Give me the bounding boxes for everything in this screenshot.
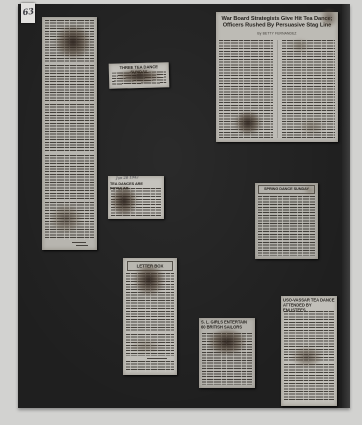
newsprint-text — [258, 196, 315, 256]
newsprint-text — [284, 364, 334, 402]
ink-stain — [303, 184, 317, 196]
scanned-scrapbook-page: 63 THREE TEA DANCE SUNDAY War Board Stra… — [0, 0, 362, 425]
signature-line — [147, 358, 167, 359]
headline-line-1: War Board Strategists Give Hit Tea Dance… — [218, 15, 336, 22]
page-number-label: 63 — [21, 3, 35, 23]
ink-stain — [234, 110, 262, 136]
ink-stain — [299, 118, 325, 136]
handwritten-date: Jun 28 1942 — [116, 174, 162, 181]
newsprint-text — [45, 65, 94, 101]
newsprint-text — [45, 155, 94, 199]
column-rule — [277, 40, 278, 138]
newsprint-text — [45, 104, 94, 152]
ink-stain — [133, 263, 165, 297]
ink-stain — [290, 38, 310, 54]
page-edge-highlight — [342, 4, 350, 408]
ink-stain — [54, 24, 92, 60]
page-number: 63 — [22, 4, 34, 20]
ink-stain — [207, 328, 247, 356]
byline: By BETTY FERNANDEZ — [218, 32, 336, 36]
signature-line — [76, 245, 88, 246]
ink-stain — [320, 8, 338, 28]
ink-stain — [131, 338, 161, 354]
headline-line-2: Officers Rushed By Persuasive Stag Line — [218, 22, 336, 29]
ink-stain — [291, 346, 323, 368]
signature-line — [72, 242, 86, 243]
newsprint-text — [126, 361, 174, 372]
ink-stain — [116, 68, 162, 84]
headline: War Board Strategists Give Hit Tea Dance… — [218, 15, 336, 28]
ink-stain — [50, 204, 82, 234]
ink-stain — [110, 185, 138, 217]
